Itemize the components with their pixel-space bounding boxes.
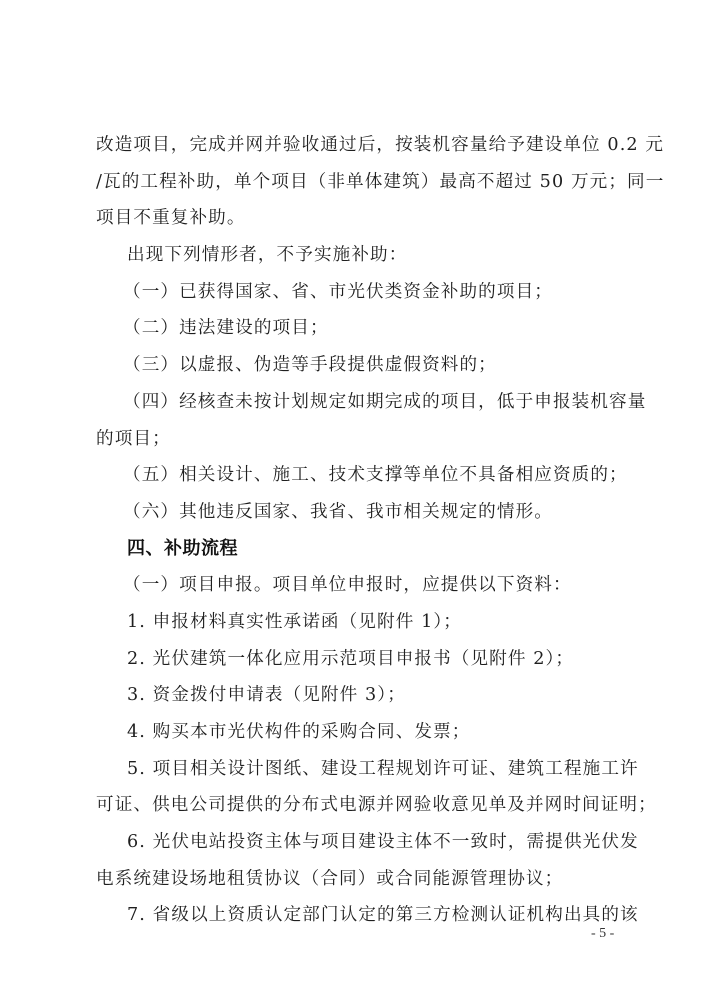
- numbered-item-continuation: 可证、供电公司提供的分布式电源并网验收意见单及并网时间证明；: [96, 787, 622, 824]
- list-item: （五）相关设计、施工、技术支撑等单位不具备相应资质的；: [96, 457, 622, 494]
- list-item-continuation: 的项目；: [96, 421, 622, 458]
- sub-heading: （一）项目申报。项目单位申报时，应提供以下资料：: [96, 567, 622, 604]
- numbered-item: 5. 项目相关设计图纸、建设工程规划许可证、建筑工程施工许: [96, 751, 622, 788]
- numbered-item: 1. 申报材料真实性承诺函（见附件 1）；: [96, 604, 622, 641]
- numbered-item: 7. 省级以上资质认定部门认定的第三方检测认证机构出具的该: [96, 897, 622, 934]
- paragraph-line: 出现下列情形者，不予实施补助：: [96, 237, 622, 274]
- paragraph-line: 项目不重复补助。: [96, 200, 622, 237]
- list-item: （二）违法建设的项目；: [96, 310, 622, 347]
- numbered-item-continuation: 电系统建设场地租赁协议（合同）或合同能源管理协议；: [96, 861, 622, 898]
- page-number: - 5 -: [591, 926, 614, 942]
- numbered-item: 6. 光伏电站投资主体与项目建设主体不一致时，需提供光伏发: [96, 824, 622, 861]
- list-item: （六）其他违反国家、我省、我市相关规定的情形。: [96, 494, 622, 531]
- document-page: 改造项目，完成并网并验收通过后，按装机容量给予建设单位 0.2 元 /瓦的工程补…: [96, 127, 622, 934]
- paragraph-line: /瓦的工程补助，单个项目（非单体建筑）最高不超过 50 万元；同一: [96, 164, 622, 201]
- list-item: （三）以虚报、伪造等手段提供虚假资料的；: [96, 347, 622, 384]
- section-heading: 四、补助流程: [96, 531, 622, 568]
- numbered-item: 4. 购买本市光伏构件的采购合同、发票；: [96, 714, 622, 751]
- numbered-item: 2. 光伏建筑一体化应用示范项目申报书（见附件 2）；: [96, 641, 622, 678]
- list-item: （四）经核查未按计划规定如期完成的项目，低于申报装机容量: [96, 384, 622, 421]
- list-item: （一）已获得国家、省、市光伏类资金补助的项目；: [96, 274, 622, 311]
- paragraph-line: 改造项目，完成并网并验收通过后，按装机容量给予建设单位 0.2 元: [96, 127, 622, 164]
- numbered-item: 3. 资金拨付申请表（见附件 3）；: [96, 677, 622, 714]
